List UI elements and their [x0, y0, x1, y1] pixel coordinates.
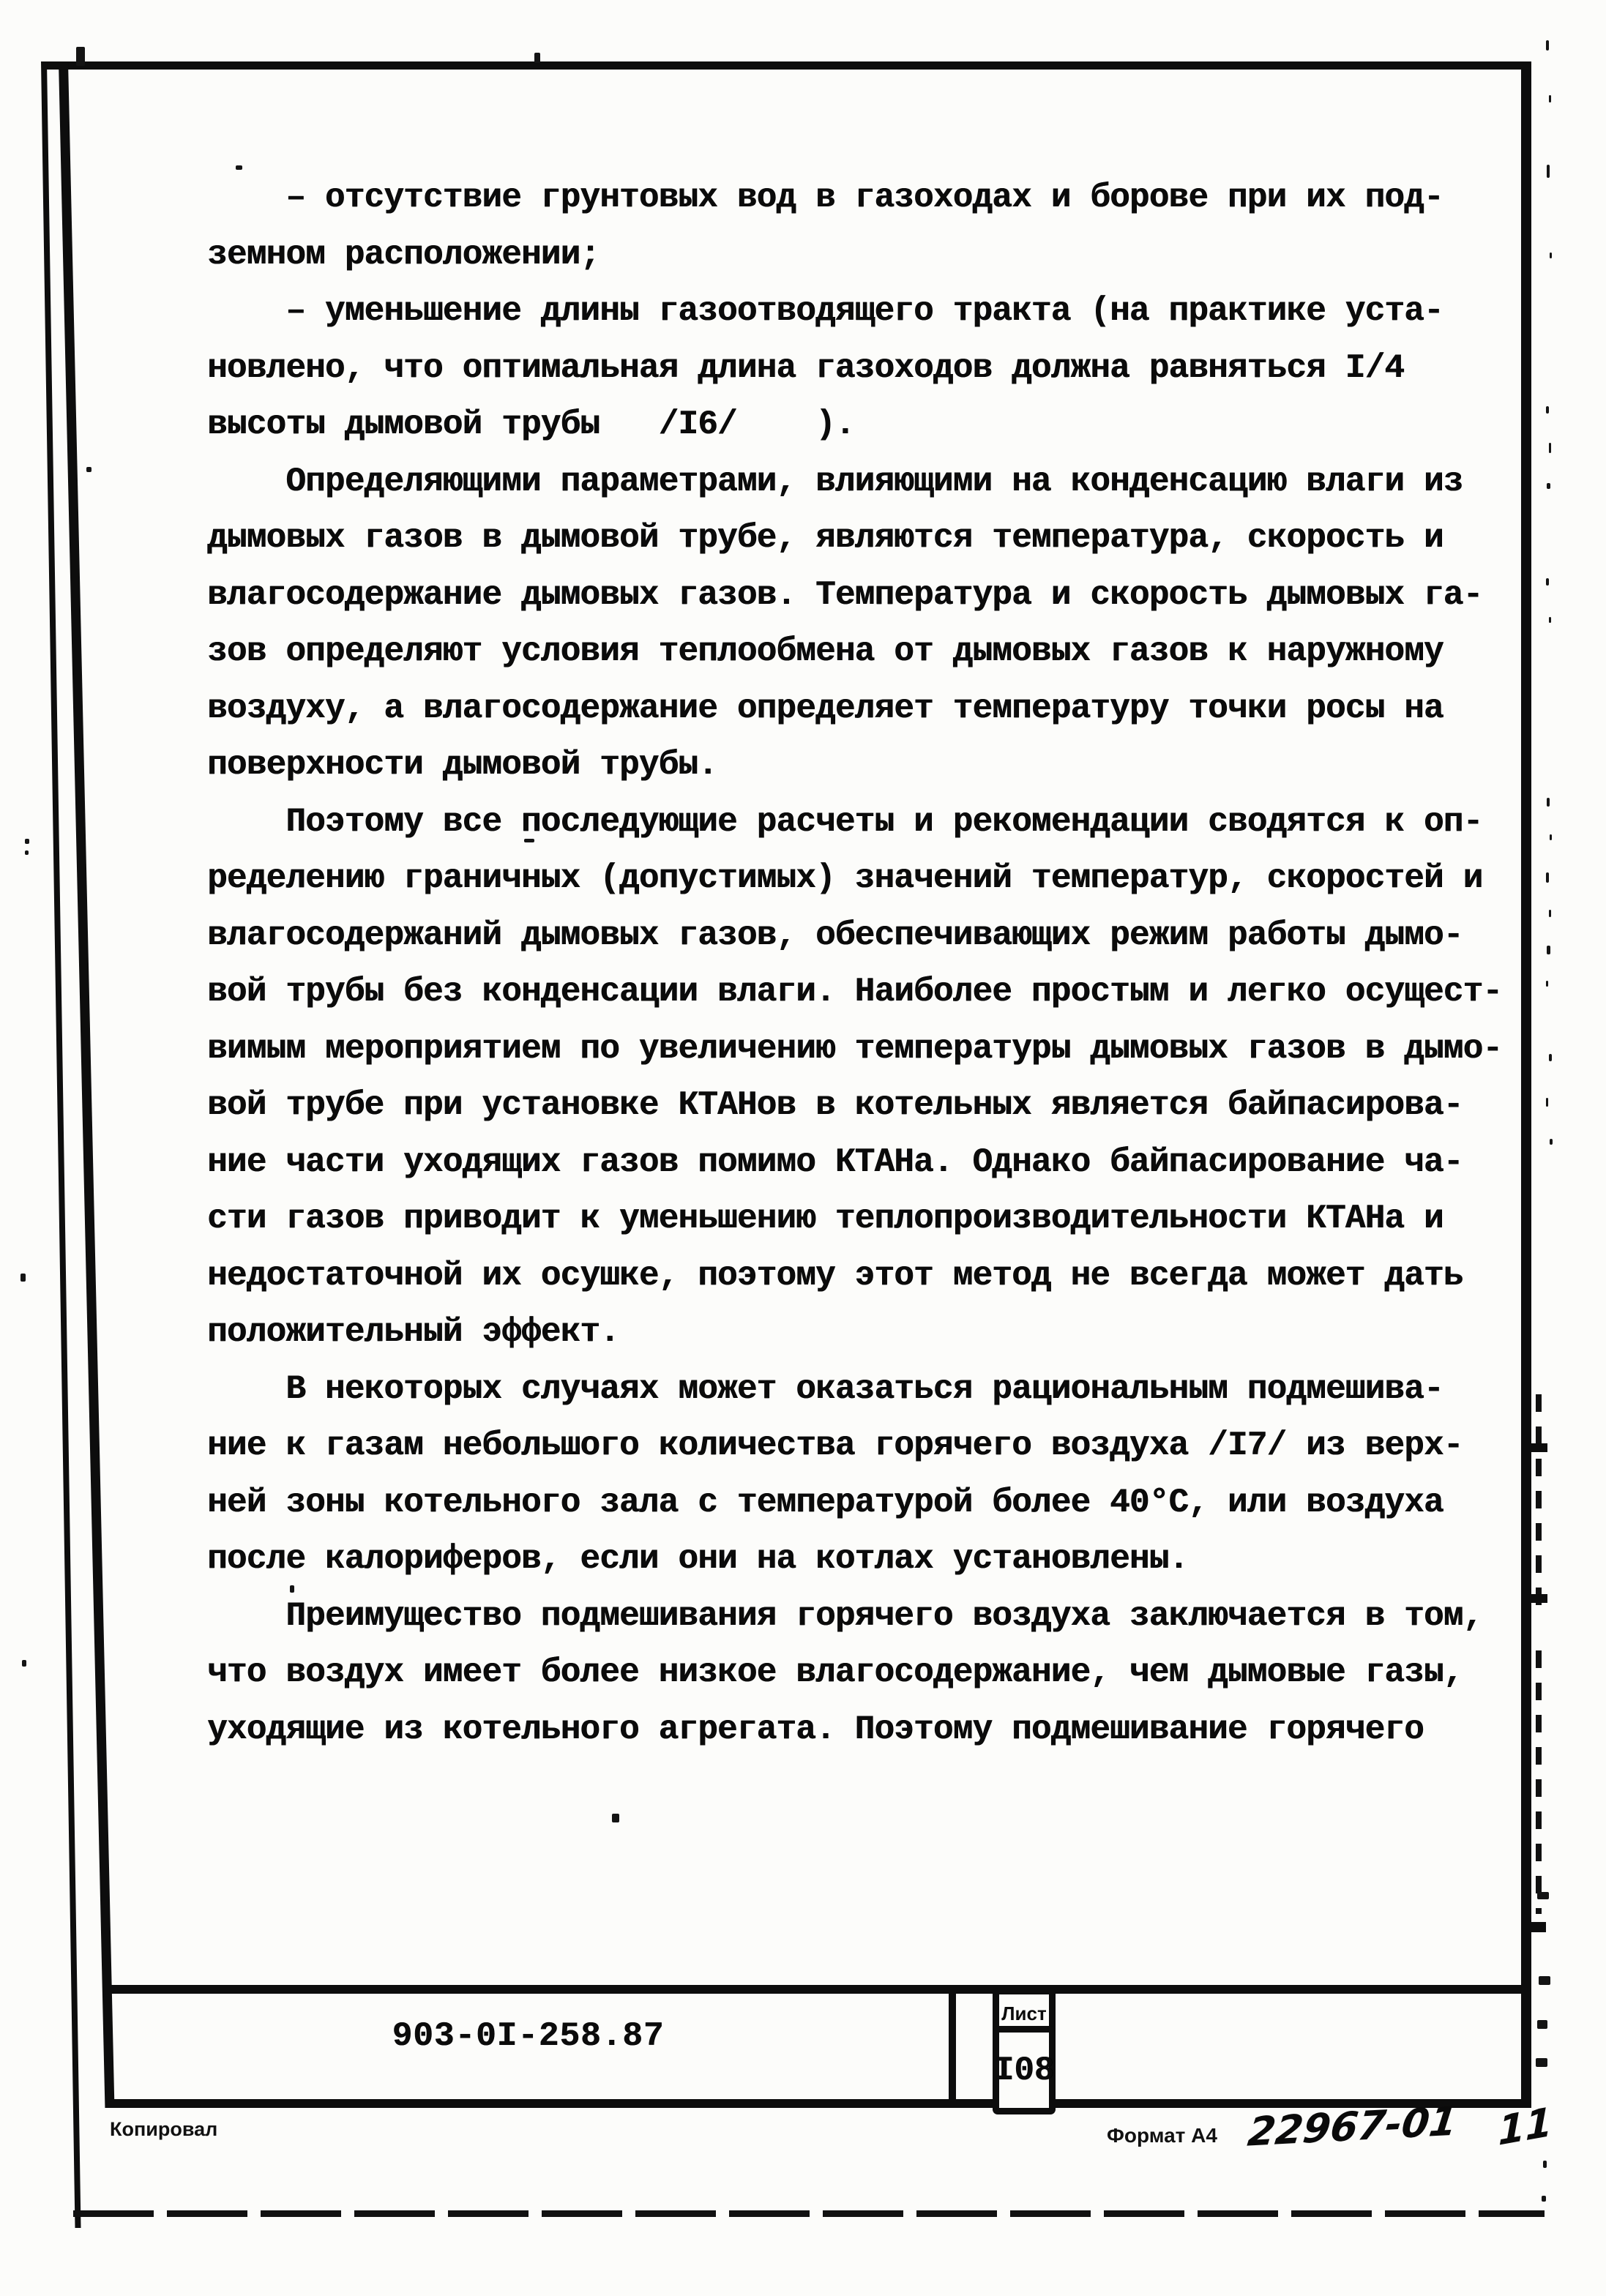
text-line: поверхности дымовой трубы. [207, 737, 1532, 794]
text-line: ределению граничных (допустимых) значени… [207, 850, 1532, 908]
scan-tab-mark [1523, 1594, 1547, 1603]
text-line: ние к газам небольшого количества горяче… [207, 1418, 1532, 1475]
scan-speck [1537, 1892, 1549, 1899]
sheet-number-cell: I08 [993, 2026, 1056, 2114]
scan-speck [1536, 2058, 1547, 2067]
sheet-label: Лист [1001, 2003, 1046, 2025]
scan-speck [76, 47, 85, 66]
sheet-number: I08 [994, 2052, 1055, 2090]
text-line: уходящие из котельного агрегата. Поэтому… [207, 1702, 1532, 1759]
frame-top-line [42, 61, 1531, 70]
text-line: вой трубы без конденсации влаги. Наиболе… [207, 964, 1532, 1021]
scan-speck [1549, 1054, 1552, 1061]
text-line: вимым мероприятием по увеличению темпера… [207, 1021, 1532, 1078]
text-line: дымовых газов в дымовой трубе, являются … [207, 510, 1532, 567]
text-line: – отсутствие грунтовых вод в газоходах и… [207, 170, 1532, 227]
scan-speck [1542, 2196, 1546, 2202]
text-line: влагосодержание дымовых газов. Температу… [207, 567, 1532, 624]
text-line: влагосодержаний дымовых газов, обеспечив… [207, 908, 1532, 965]
copied-label: Копировал [110, 2118, 217, 2141]
text-line: что воздух имеет более низкое влагосодер… [207, 1645, 1532, 1702]
text-line: воздуху, а влагосодержание определяет те… [207, 681, 1532, 738]
frame-bottom-line [73, 2210, 1545, 2217]
scan-speck [534, 53, 540, 63]
scan-speck [1546, 406, 1549, 414]
text-line: В некоторых случаях может оказаться раци… [207, 1361, 1532, 1418]
text-line: после калориферов, если они на котлах ус… [207, 1531, 1532, 1588]
scan-speck [1547, 483, 1550, 489]
scan-speck [20, 1274, 26, 1282]
scan-speck [1547, 798, 1550, 807]
scan-speck [1546, 578, 1549, 586]
scan-speck [1550, 834, 1552, 840]
scan-speck [86, 467, 91, 472]
scan-speck [1537, 2020, 1547, 2029]
text-line: положительный эффект. [207, 1304, 1532, 1361]
text-line: ней зоны котельного зала с температурой … [207, 1475, 1532, 1532]
scanned-document-page: – отсутствие грунтовых вод в газоходах и… [0, 0, 1606, 2296]
scan-speck [1549, 95, 1551, 102]
text-line: зов определяют условия теплообмена от ды… [207, 624, 1532, 681]
stamp-divider-line [949, 1985, 956, 2108]
scan-speck [1550, 253, 1552, 258]
text-line: Определяющими параметрами, влияющими на … [207, 454, 1532, 511]
scan-speck [1549, 443, 1551, 453]
scan-speck [25, 850, 29, 855]
text-line: сти газов приводит к уменьшению теплопро… [207, 1191, 1532, 1248]
scan-speck [290, 1585, 294, 1593]
scan-speck [236, 165, 242, 170]
scan-speck [1546, 872, 1549, 883]
scan-speck [1543, 2161, 1547, 2168]
format-label: Формат А4 [1107, 2124, 1217, 2147]
scan-dotted-strip [1536, 1394, 1542, 1614]
scan-tab-mark [1521, 1922, 1546, 1932]
scan-tab-mark [1523, 1443, 1547, 1452]
scan-speck [1549, 617, 1551, 623]
scan-speck [1550, 1139, 1553, 1145]
text-line: – уменьшение длины газоотводящего тракта… [207, 283, 1532, 340]
text-line: ние части уходящих газов помимо КТАНа. О… [207, 1134, 1532, 1192]
scan-speck [1546, 981, 1548, 987]
text-line: вой трубе при установке КТАНов в котельн… [207, 1077, 1532, 1134]
scan-speck [1547, 946, 1550, 954]
text-line: недостаточной их осушке, поэтому этот ме… [207, 1248, 1532, 1305]
scan-speck [25, 839, 29, 844]
scan-speck [22, 1660, 26, 1667]
frame-left-inner-line [59, 61, 114, 2108]
text-line: земном расположении; [207, 227, 1532, 284]
text-line: Преимущество подмешивания горячего возду… [207, 1588, 1532, 1645]
document-text: – отсутствие грунтовых вод в газоходах и… [207, 170, 1532, 1758]
scan-speck [1546, 40, 1549, 51]
scan-speck [1549, 910, 1551, 917]
handwritten-page-number: 11 [1498, 2098, 1553, 2155]
scan-speck [1546, 1098, 1548, 1107]
scan-speck [612, 1814, 619, 1822]
doc-number: 903-0I-258.87 [108, 2017, 949, 2055]
text-line: новлено, что оптимальная длина газоходов… [207, 340, 1532, 397]
text-line: Поэтому все последующие расчеты и рекоме… [207, 794, 1532, 851]
scan-speck [1547, 165, 1550, 178]
text-line: высоты дымовой трубы /I6/ ). [207, 397, 1532, 454]
stamp-top-line [108, 1985, 1530, 1994]
scan-dotted-strip [1536, 1650, 1542, 1914]
scan-speck [1539, 1976, 1550, 1985]
scan-speck [524, 839, 534, 842]
